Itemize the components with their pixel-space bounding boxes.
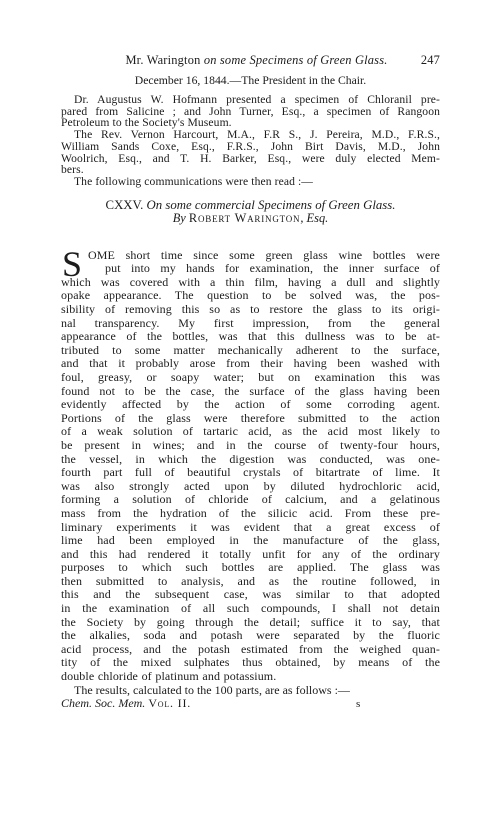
running-header: Mr. Warington on some Specimens of Green… bbox=[61, 54, 440, 67]
printer-signature-mark: s bbox=[356, 698, 360, 712]
text-block: Mr. Warington on some Specimens of Green… bbox=[61, 0, 440, 711]
body-line: then submitted to analysis, and as the r… bbox=[61, 575, 440, 589]
body-line: foul, greasy, or soapy water; but on exa… bbox=[61, 371, 440, 385]
body-line: OME short time since some green glass wi… bbox=[61, 249, 440, 263]
body-line: was also strongly acted upon by diluted … bbox=[61, 480, 440, 494]
body-line: appearance of the bottles, was that this… bbox=[61, 330, 440, 344]
body-line: tributed to some matter mechanically adh… bbox=[61, 344, 440, 358]
paragraph-elected-members: The Rev. Vernon Harcourt, M.A., F.R S., … bbox=[61, 129, 440, 176]
session-date-line: December 16, 1844.—The President in the … bbox=[61, 75, 440, 87]
body-line: the alkalies, soda and potash were separ… bbox=[61, 629, 440, 643]
page-footer: Chem. Soc. Mem. Vol. II. s bbox=[61, 697, 440, 711]
body-line: sibility of removing this so as to resto… bbox=[61, 303, 440, 317]
page-number: 247 bbox=[421, 54, 440, 67]
body-line: tity of the mixed sulphates thus obtaine… bbox=[61, 656, 440, 670]
text-line: Woolrich, Esq., and T. H. Barker, Esq., … bbox=[61, 153, 440, 165]
body-line: this and the subsequent case, was simila… bbox=[61, 588, 440, 602]
body-line: opake appearance. The question to be sol… bbox=[61, 289, 440, 303]
paragraph-presentations: Dr. Augustus W. Hofmann presented a spec… bbox=[61, 94, 440, 129]
running-header-title: on some Specimens of Green Glass. bbox=[204, 53, 388, 67]
body-line: fourth part full of beautiful crystals o… bbox=[61, 466, 440, 480]
body-line: found not to be the case, the surface of… bbox=[61, 385, 440, 399]
article-title-text: On some commercial Specimens of Green Gl… bbox=[147, 198, 396, 212]
body-line: mass from the hydration of the silicic a… bbox=[61, 507, 440, 521]
footer-series-title: Chem. Soc. Mem. bbox=[61, 696, 145, 710]
body-line: the Society by going through the detail;… bbox=[61, 616, 440, 630]
byline-suffix: , Esq. bbox=[300, 211, 328, 225]
body-line: put into my hands for examination, the i… bbox=[61, 262, 440, 276]
text-line: William Sands Coxe, Esq., F.R.S., John B… bbox=[61, 141, 440, 153]
article-number: CXXV. bbox=[106, 198, 144, 212]
body-line: nal transparency. My first impression, f… bbox=[61, 317, 440, 331]
body-line: lime had been employed in the manufactur… bbox=[61, 534, 440, 548]
byline-by: By bbox=[173, 211, 186, 225]
body-line: evidently affected by the action of some… bbox=[61, 398, 440, 412]
results-lead-line: The results, calculated to the 100 parts… bbox=[61, 684, 440, 698]
article-byline: By Robert Warington, Esq. bbox=[61, 212, 440, 226]
body-line: be present in wines; and in the course o… bbox=[61, 439, 440, 453]
body-line: the vessel, in which the digestion was c… bbox=[61, 453, 440, 467]
body-line: purposes to which such bottles are appli… bbox=[61, 561, 440, 575]
body-line: acid process, and the potash estimated f… bbox=[61, 643, 440, 657]
paragraph-communications-read: The following communications were then r… bbox=[61, 176, 440, 188]
body-line: liminary experiments it was evident that… bbox=[61, 521, 440, 535]
society-minutes: Dr. Augustus W. Hofmann presented a spec… bbox=[61, 94, 440, 188]
running-header-author: Mr. Warington bbox=[125, 53, 200, 67]
byline-author-name: Robert Warington bbox=[189, 211, 300, 225]
drop-cap: S bbox=[62, 246, 82, 282]
body-line: in the examination of all such compounds… bbox=[61, 602, 440, 616]
body-line: which was covered with a thin film, havi… bbox=[61, 276, 440, 290]
body-line: of a weak solution of tartaric acid, as … bbox=[61, 425, 440, 439]
body-line: forming a solution of chloride of calciu… bbox=[61, 493, 440, 507]
body-line: and that it probably arose from their ha… bbox=[61, 357, 440, 371]
scanned-journal-page: Mr. Warington on some Specimens of Green… bbox=[0, 0, 500, 833]
article-title: CXXV. On some commercial Specimens of Gr… bbox=[61, 199, 440, 213]
body-line: and this had rendered it totally unfit f… bbox=[61, 548, 440, 562]
article-body-paragraph: S OME short time since some green glass … bbox=[61, 249, 440, 684]
footer-volume: Vol. II. bbox=[148, 696, 191, 710]
running-header-text: Mr. Warington on some Specimens of Green… bbox=[125, 53, 387, 67]
body-line: double chloride of platinum and potassiu… bbox=[61, 670, 440, 684]
text-line: Dr. Augustus W. Hofmann presented a spec… bbox=[61, 94, 440, 106]
body-line: Portions of the glass were therefore sub… bbox=[61, 412, 440, 426]
